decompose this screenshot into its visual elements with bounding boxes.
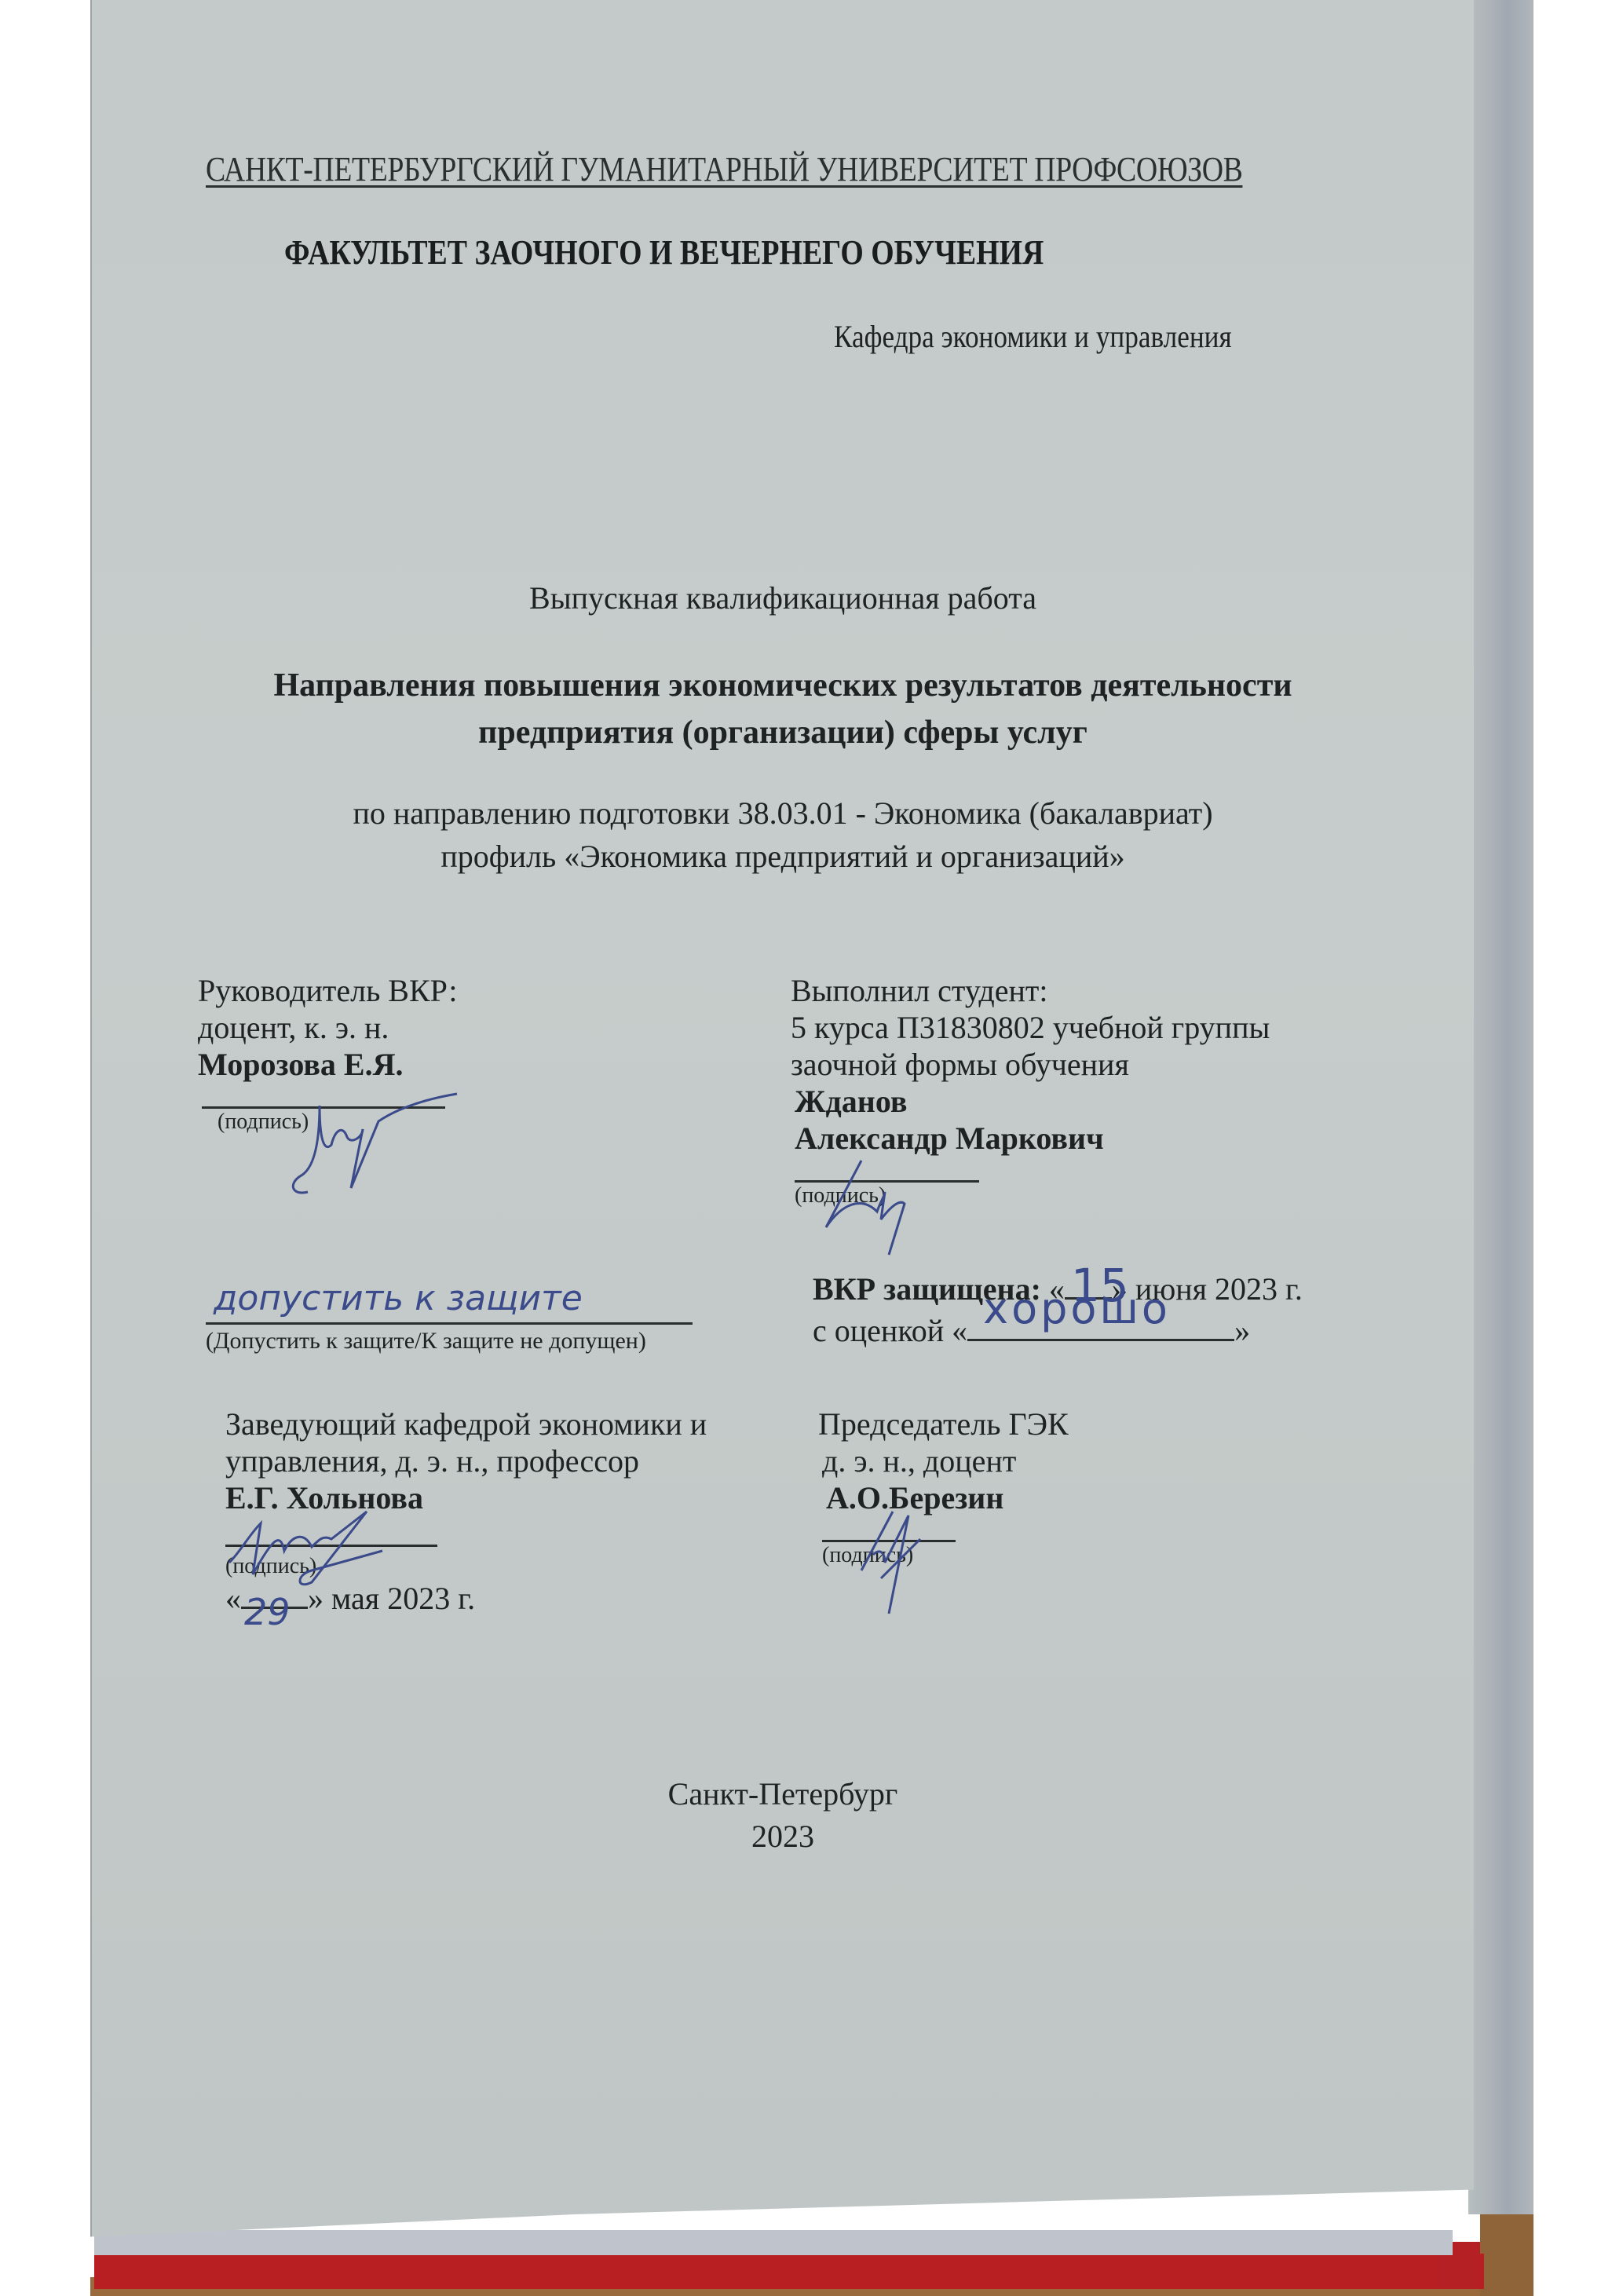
- grade-blank: хорошо: [967, 1307, 1234, 1341]
- study-direction: по направлению подготовки 38.03.01 - Эко…: [92, 792, 1474, 878]
- chairman-block: Председатель ГЭК д. э. н., доцент А.О.Бе…: [818, 1406, 1069, 1569]
- work-type: Выпускная квалификационная работа: [92, 579, 1474, 616]
- year: 2023: [92, 1815, 1474, 1858]
- head-line-1: Заведующий кафедрой экономики и: [225, 1406, 707, 1442]
- head-of-department-block: Заведующий кафедрой экономики и управлен…: [225, 1406, 707, 1617]
- grade-label: с оценкой «: [813, 1313, 967, 1348]
- student-surname: Жданов: [795, 1083, 1270, 1120]
- work-title-line-1: Направления повышения экономических резу…: [92, 662, 1474, 709]
- supervisor-block: Руководитель ВКР: доцент, к. э. н. Мороз…: [198, 972, 458, 1135]
- supervisor-name: Морозова Е.Я.: [198, 1046, 458, 1083]
- head-signature-icon: [225, 1504, 430, 1590]
- university-name: САНКТ-ПЕТЕРБУРГСКИЙ ГУМАНИТАРНЫЙ УНИВЕРС…: [206, 149, 1242, 189]
- supervisor-signature-icon: [245, 1090, 481, 1200]
- student-study-form: заочной формы обучения: [791, 1046, 1270, 1083]
- footer: Санкт-Петербург 2023: [92, 1773, 1474, 1858]
- supervisor-label: Руководитель ВКР:: [198, 972, 458, 1009]
- underlying-page-edge: [94, 2230, 1453, 2255]
- head-line-2: управления, д. э. н., профессор: [225, 1442, 707, 1479]
- page-stack-edge: [1468, 0, 1533, 2214]
- student-given-names: Александр Маркович: [795, 1120, 1270, 1157]
- supervisor-position: доцент, к. э. н.: [198, 1009, 458, 1046]
- title-page: САНКТ-ПЕТЕРБУРГСКИЙ ГУМАНИТАРНЫЙ УНИВЕРС…: [90, 0, 1474, 2246]
- student-label: Выполнил студент:: [791, 972, 1270, 1009]
- student-block: Выполнил студент: 5 курса П31830802 учеб…: [791, 972, 1270, 1209]
- admission-caption: (Допустить к защите/К защите не допущен): [206, 1328, 771, 1355]
- head-date-day-blank: 29: [241, 1607, 308, 1609]
- work-title-line-2: предприятия (организации) сферы услуг: [92, 709, 1474, 756]
- head-date-day: 29: [244, 1594, 291, 1631]
- student-signature-icon: [806, 1157, 932, 1259]
- admission-block: допустить к защите (Допустить к защите/К…: [206, 1280, 771, 1355]
- chairman-label: Председатель ГЭК: [818, 1406, 1069, 1442]
- work-title: Направления повышения экономических резу…: [92, 662, 1474, 756]
- admission-handwritten: допустить к защите: [214, 1280, 583, 1317]
- department-name: Кафедра экономики и управления: [834, 318, 1232, 355]
- red-cover-edge: [94, 2254, 1484, 2289]
- chairman-position: д. э. н., доцент: [822, 1442, 1069, 1479]
- student-course-group: 5 курса П31830802 учебной группы: [791, 1009, 1270, 1046]
- defense-grade-line: с оценкой «хорошо»: [813, 1307, 1303, 1349]
- direction-line-1: по направлению подготовки 38.03.01 - Эко…: [92, 792, 1474, 835]
- chairman-signature-icon: [850, 1508, 944, 1618]
- grade-value: хорошо: [983, 1290, 1171, 1327]
- grade-close: »: [1234, 1313, 1250, 1348]
- defense-block: ВКР защищена: «15» июня 2023 г. с оценко…: [813, 1270, 1303, 1349]
- faculty-name: ФАКУЛЬТЕТ ЗАОЧНОГО И ВЕЧЕРНЕГО ОБУЧЕНИЯ: [284, 232, 1044, 272]
- city: Санкт-Петербург: [92, 1773, 1474, 1815]
- profile-line: профиль «Экономика предприятий и организ…: [92, 835, 1474, 878]
